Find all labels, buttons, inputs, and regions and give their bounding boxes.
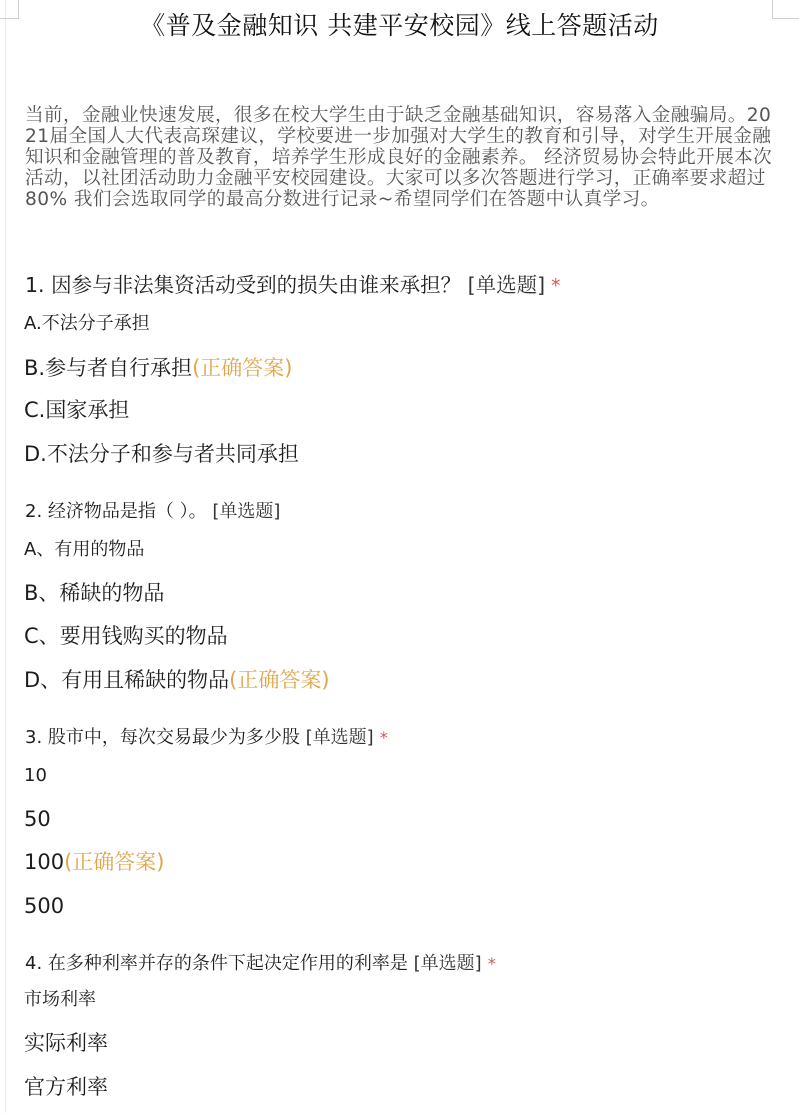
- option-label: 50: [24, 807, 51, 831]
- option-label: 500: [24, 894, 64, 918]
- option-label: C、要用钱购买的物品: [24, 624, 228, 648]
- option-4c[interactable]: 官方利率: [24, 1071, 108, 1103]
- question-number: 1.: [25, 273, 45, 297]
- question-type-tag: [单选题]: [468, 273, 546, 297]
- question-type-tag: [单选题]: [306, 727, 374, 748]
- option-1a[interactable]: A.不法分子承担: [24, 310, 150, 338]
- question-text: 股市中，每次交易最少为多少股: [48, 727, 300, 748]
- option-2d[interactable]: D、有用且稀缺的物品(正确答案): [24, 664, 330, 696]
- option-label: A、有用的物品: [24, 539, 144, 560]
- question-type-tag: [单选题]: [414, 953, 482, 974]
- question-text: 在多种利率并存的条件下起决定作用的利率是: [48, 953, 408, 974]
- option-1b[interactable]: B.参与者自行承担(正确答案): [24, 352, 292, 384]
- option-4b[interactable]: 实际利率: [24, 1027, 108, 1059]
- question-number: 3.: [25, 727, 42, 748]
- question-3: 3. 股市中，每次交易最少为多少股 [单选题]*: [25, 724, 388, 752]
- option-label: 市场利率: [24, 989, 96, 1010]
- option-label: 官方利率: [24, 1075, 108, 1099]
- intro-paragraph: 当前，金融业快速发展，很多在校大学生由于缺乏金融基础知识，容易落入金融骗局。20…: [25, 105, 775, 210]
- question-number: 2.: [25, 501, 42, 522]
- option-label: A.不法分子承担: [24, 313, 150, 334]
- question-4: 4. 在多种利率并存的条件下起决定作用的利率是 [单选题]*: [25, 950, 496, 978]
- question-type-tag: [单选题]: [212, 501, 280, 522]
- option-label: 10: [24, 765, 47, 786]
- option-3d[interactable]: 500: [24, 890, 64, 922]
- option-label: B.参与者自行承担: [24, 356, 192, 380]
- question-text: 因参与非法集资活动受到的损失由谁来承担？: [51, 273, 461, 297]
- option-4a[interactable]: 市场利率: [24, 986, 96, 1014]
- option-3c[interactable]: 100(正确答案): [24, 846, 164, 878]
- option-2a[interactable]: A、有用的物品: [24, 536, 144, 564]
- option-1c[interactable]: C.国家承担: [24, 394, 129, 426]
- question-text: 经济物品是指（ ）。: [48, 501, 207, 522]
- page-edge: [5, 0, 6, 1113]
- question-2: 2. 经济物品是指（ ）。 [单选题]: [25, 498, 280, 526]
- option-2c[interactable]: C、要用钱购买的物品: [24, 620, 228, 652]
- correct-answer-label: (正确答案): [64, 850, 164, 874]
- required-asterisk: *: [551, 276, 560, 297]
- correct-answer-label: (正确答案): [192, 356, 292, 380]
- option-label: 100: [24, 850, 64, 874]
- option-label: B、稀缺的物品: [24, 581, 164, 605]
- required-asterisk: *: [380, 728, 388, 747]
- option-2b[interactable]: B、稀缺的物品: [24, 577, 164, 609]
- option-label: D、有用且稀缺的物品: [24, 668, 229, 692]
- option-label: C.国家承担: [24, 398, 129, 422]
- option-3a[interactable]: 10: [24, 762, 47, 790]
- option-1d[interactable]: D.不法分子和参与者共同承担: [24, 438, 299, 470]
- page-title: 《普及金融知识 共建平安校园》线上答题活动: [0, 6, 799, 46]
- option-3b[interactable]: 50: [24, 803, 51, 835]
- question-1: 1. 因参与非法集资活动受到的损失由谁来承担？ [单选题]*: [25, 270, 560, 302]
- question-number: 4.: [25, 953, 42, 974]
- option-label: 实际利率: [24, 1031, 108, 1055]
- correct-answer-label: (正确答案): [229, 668, 329, 692]
- required-asterisk: *: [488, 954, 496, 973]
- option-label: D.不法分子和参与者共同承担: [24, 442, 299, 466]
